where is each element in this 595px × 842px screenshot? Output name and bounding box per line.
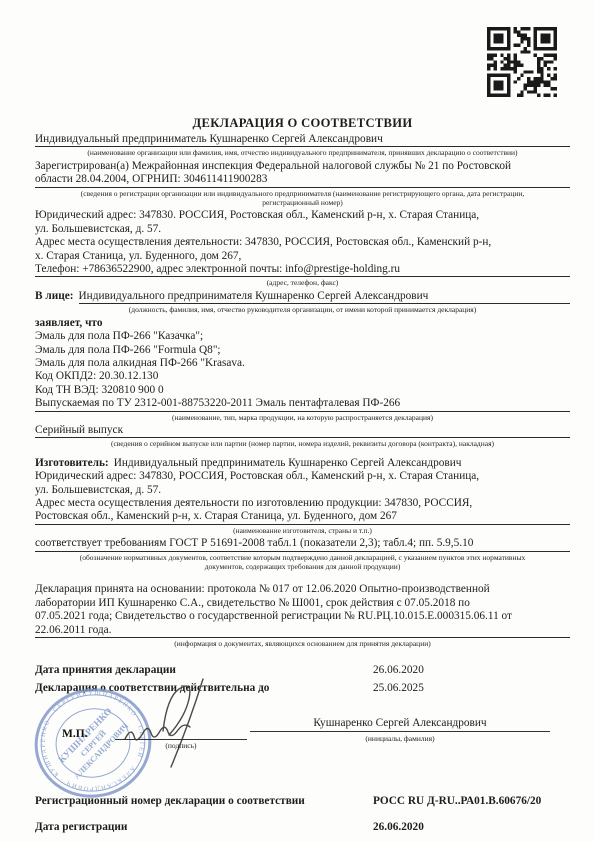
- product-item: Эмаль для пола ПФ-266 "Formula Q8";: [35, 344, 570, 357]
- registered-hint: (сведения о регистрации организации или …: [68, 189, 538, 208]
- contacts-hint: (адрес, телефон, факс): [43, 278, 563, 287]
- compliance-hint: (обозначение нормативных документов, соо…: [68, 553, 538, 572]
- signatory-name: Кушнаренко Сергей Александрович: [250, 717, 550, 732]
- qr-code: [487, 27, 557, 97]
- document-body: ДЕКЛАРАЦИЯ О СООТВЕТСТВИИ Индивидуальный…: [35, 116, 570, 842]
- person-line: В лице: Индивидуального предпринимателя …: [35, 290, 570, 304]
- manufacturer-label: Изготовитель:: [35, 457, 109, 470]
- basis-line1: Декларация принята на основании: протоко…: [35, 583, 570, 596]
- registration-date-row: Дата регистрации 26.06.2020: [35, 821, 570, 834]
- mfr-production-address-line2: Ростовская обл., Каменский р-н, х. Стара…: [35, 510, 570, 524]
- declarant-name: Индивидуальный предприниматель Кушнаренк…: [35, 133, 570, 147]
- handwritten-signature: [85, 669, 255, 789]
- stamp-place-label: М.П.: [62, 728, 88, 740]
- product-item: Эмаль для пола алкидная ПФ-266 "Krasava.: [35, 357, 570, 370]
- basis-line3: 07.05.2021 года; Свидетельство о государ…: [35, 610, 570, 623]
- serial-line: Серийный выпуск: [35, 424, 570, 438]
- person-label: В лице:: [35, 290, 74, 304]
- basis-hint: (информация о документах, являющихся осн…: [43, 639, 563, 648]
- tnved-code: Код ТН ВЭД: 320810 900 0: [35, 384, 570, 397]
- signature-hint: (подпись): [115, 741, 247, 750]
- basis-line4: 22.06.2011 года.: [35, 624, 570, 638]
- acceptance-date-value: 26.06.2020: [373, 664, 424, 677]
- person-value: Индивидуального предпринимателя Кушнарен…: [79, 290, 571, 304]
- mfr-legal-address-line2: ул. Большевистская, д. 57.: [35, 484, 570, 497]
- declaration-page: ДЕКЛАРАЦИЯ О СООТВЕТСТВИИ Индивидуальный…: [0, 0, 595, 842]
- okpd2-code: Код ОКПД2: 20.30.12.130: [35, 370, 570, 383]
- legal-address-line2: ул. Большевистская, д. 57.: [35, 223, 570, 236]
- basis-line2: лаборатории ИП Кушнаренко С.А., свидетел…: [35, 597, 570, 610]
- declares-label: заявляет, что: [35, 317, 570, 330]
- registered-line2: области 28.04.2004, ОГРНИП: 304611411900…: [35, 173, 570, 187]
- signature-zone: КУШНАРЕНКО · СЕРГЕЙ · АЛЕКСАНДРОВИЧ · КУ…: [35, 695, 570, 795]
- legal-address-line1: Юридический адрес: 347830. РОССИЯ, Росто…: [35, 209, 570, 222]
- signatory-block: Кушнаренко Сергей Александрович (инициал…: [250, 717, 550, 743]
- person-hint: (должность, фамилия, имя, отчество руков…: [43, 305, 563, 314]
- signatory-hint: (инициалы, фамилия): [250, 734, 550, 743]
- registration-date-label: Дата регистрации: [35, 821, 373, 834]
- tu-line: Выпускаемая по ТУ 2312-001-88753220-2011…: [35, 397, 570, 411]
- page-title: ДЕКЛАРАЦИЯ О СООТВЕТСТВИИ: [35, 116, 570, 131]
- registration-number-value: РОСС RU Д-RU..РА01.В.60676/20: [373, 795, 541, 808]
- signature-line-block: (подпись): [115, 739, 247, 750]
- valid-until-value: 25.06.2025: [373, 682, 424, 695]
- mfr-production-address-line1: Адрес места осуществления деятельности п…: [35, 497, 570, 510]
- serial-hint: (сведения о серийном выпуске или партии …: [43, 439, 563, 448]
- compliance-standards: соответствует требованиям ГОСТ Р 51691-2…: [35, 537, 570, 551]
- signature-line: [115, 739, 247, 740]
- contacts-line: Телефон: +78636522900, адрес электронной…: [35, 263, 570, 277]
- activity-address-line1: Адрес места осуществления деятельности: …: [35, 236, 570, 249]
- declarant-name-hint: (наименование организации или фамилия, и…: [43, 148, 563, 157]
- product-item: Эмаль для пола ПФ-266 "Казачка";: [35, 330, 570, 343]
- manufacturer-name: Индивидуальный предприниматель Кушнаренк…: [114, 457, 570, 470]
- activity-address-line2: х. Старая Станица, ул. Буденного, дом 26…: [35, 250, 570, 263]
- mfr-legal-address-line1: Юридический адрес: 347830, РОССИЯ, Росто…: [35, 470, 570, 483]
- manufacturer-hint: (наименование изготовителя, страны и т.п…: [43, 526, 563, 535]
- registration-date-value: 26.06.2020: [373, 821, 424, 834]
- registered-line1: Зарегистрирован(а) Межрайонная инспекция…: [35, 160, 570, 173]
- manufacturer-line: Изготовитель: Индивидуальный предпринима…: [35, 457, 570, 470]
- tu-hint: (наименование, тип, марка продукции, на …: [43, 413, 563, 422]
